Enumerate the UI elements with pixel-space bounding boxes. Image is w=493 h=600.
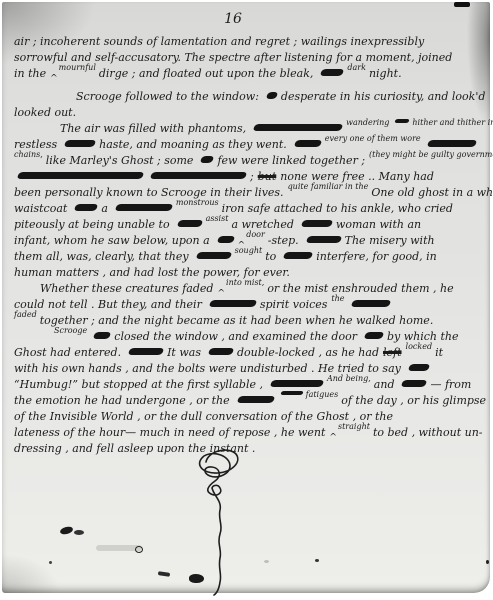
handwritten-text: together ; and the night became as it ha… xyxy=(40,314,434,327)
ink-smudge xyxy=(454,2,470,7)
handwritten-text: Whether these creatures faded xyxy=(40,282,213,295)
inked-out-deletion xyxy=(350,300,391,307)
handwritten-text: in the xyxy=(14,67,46,80)
scanned-manuscript-screenshot: { "page": { "number": "16" }, "colors": … xyxy=(0,0,493,600)
inked-out-deletion xyxy=(150,172,248,179)
handwritten-text: spirit voices xyxy=(260,298,328,311)
interlinear-insertion: dark xyxy=(347,63,366,72)
interlinear-insertion: faded xyxy=(14,310,37,319)
page-number: 16 xyxy=(14,10,452,28)
manuscript-line: in the^mournfuldirge ; and floated out u… xyxy=(14,66,482,82)
manuscript-line: ;butnone were free .. Many had xyxy=(14,169,482,185)
handwritten-text: few were linked together ; xyxy=(217,154,365,167)
inked-out-deletion xyxy=(305,236,342,243)
inked-out-deletion xyxy=(208,348,235,355)
handwritten-text: Ghost had entered. xyxy=(14,346,121,359)
handwritten-text: interfere, for good, in xyxy=(316,250,437,263)
interlinear-insertion: And being, xyxy=(327,374,371,383)
inked-out-deletion xyxy=(17,172,145,179)
manuscript-line: air ; incoherent sounds of lamentation a… xyxy=(14,34,482,50)
insertion-caret: ^ xyxy=(50,74,58,84)
interlinear-insertion: wandering xyxy=(346,118,389,127)
manuscript-line: Whether these creatures faded^into mist,… xyxy=(14,281,482,297)
handwritten-text: haste, and moaning as they went. xyxy=(99,138,287,151)
manuscript-line: the emotion he had undergone , or thefat… xyxy=(14,393,482,409)
manuscript-line: them all, was, clearly, that theysoughtt… xyxy=(14,249,482,265)
ink-speck xyxy=(486,560,489,564)
handwritten-text: or the mist enshrouded them , he xyxy=(267,282,453,295)
manuscript-line: dressing , and fell asleep upon the inst… xyxy=(14,441,482,457)
manuscript-line: with his own hands , and the bolts were … xyxy=(14,361,482,377)
handwritten-text: lateness of the hour— much in need of re… xyxy=(14,426,325,439)
ink-speck xyxy=(74,530,84,535)
handwritten-text: of the day , or his glimpse xyxy=(341,394,486,407)
interlinear-insertion: hither and thither in xyxy=(412,118,493,127)
interlinear-insertion: fatigues xyxy=(306,390,339,399)
interlinear-insertion: (they might be guilty governments) xyxy=(369,150,493,159)
handwritten-text: The air was filled with phantoms, xyxy=(60,122,246,135)
inked-out-deletion xyxy=(253,124,344,131)
handwritten-text: to xyxy=(265,250,276,263)
manuscript-line: could not tell . But they, and theirspir… xyxy=(14,297,482,313)
handwritten-text: The misery with xyxy=(345,234,435,247)
manuscript-line: Scrooge followed to the window:desperate… xyxy=(14,89,482,105)
handwritten-text: to bed , without un- xyxy=(373,426,483,439)
ink-speck xyxy=(135,546,143,553)
ink-speck xyxy=(315,559,319,562)
manuscript-line: been personally known to Scrooge in thei… xyxy=(14,185,482,201)
ink-speck xyxy=(49,561,52,564)
handwritten-text: night. xyxy=(369,67,402,80)
inked-out-deletion xyxy=(93,332,112,339)
handwritten-text: been personally known to Scrooge in thei… xyxy=(14,186,284,199)
inked-out-deletion xyxy=(195,252,232,259)
struck-word: but xyxy=(258,170,277,183)
manuscript-line: of the Invisible World , or the dull con… xyxy=(14,409,482,425)
manuscript-body: air ; incoherent sounds of lamentation a… xyxy=(14,34,482,457)
manuscript-line: Ghost had entered.It wasdouble-locked , … xyxy=(14,345,482,361)
handwritten-text: Scrooge followed to the window: xyxy=(76,90,259,103)
handwritten-text: could not tell . But they, and their xyxy=(14,298,202,311)
inked-out-deletion xyxy=(320,69,345,76)
interlinear-insertion: monstrous xyxy=(176,198,219,207)
inked-out-deletion xyxy=(216,236,235,243)
interlinear-insertion: Scrooge xyxy=(54,326,87,335)
handwritten-text: them all, was, clearly, that they xyxy=(14,250,189,263)
inked-out-deletion xyxy=(176,220,203,227)
handwritten-text: — from xyxy=(430,378,471,391)
inked-out-deletion xyxy=(270,380,325,387)
handwritten-text: It was xyxy=(167,346,201,359)
handwritten-text: and xyxy=(374,378,395,391)
inked-out-deletion xyxy=(426,140,477,147)
inked-out-deletion xyxy=(301,220,334,227)
interlinear-insertion: quite familiar in the xyxy=(288,182,369,191)
handwritten-text: “Humbug!” but stopped at the first sylla… xyxy=(14,378,263,391)
handwritten-text: piteously at being unable to xyxy=(14,218,170,231)
handwritten-text: it xyxy=(435,346,443,359)
handwritten-text: closed the window , and examined the doo… xyxy=(114,330,357,343)
inked-out-deletion xyxy=(283,252,314,259)
handwritten-text: of the Invisible World , or the dull con… xyxy=(14,410,393,423)
handwritten-text: air ; incoherent sounds of lamentation a… xyxy=(14,35,424,48)
inked-out-deletion xyxy=(236,396,275,403)
manuscript-page: 16 air ; incoherent sounds of lamentatio… xyxy=(2,2,490,593)
interlinear-insertion: sought xyxy=(235,246,263,255)
inked-out-deletion-interlinear xyxy=(395,119,410,123)
inked-out-deletion xyxy=(74,204,99,211)
handwritten-text: iron safe attached to his ankle, who cri… xyxy=(222,202,453,215)
handwritten-text: dirge ; and floated out upon the bleak, xyxy=(99,67,314,80)
handwritten-text: like Marley's Ghost ; some xyxy=(46,154,194,167)
manuscript-line: lateness of the hour— much in need of re… xyxy=(14,425,482,441)
struck-word: left xyxy=(383,346,402,359)
handwritten-text: a xyxy=(101,202,108,215)
handwritten-text: One old ghost in a white xyxy=(371,186,493,199)
interlinear-insertion: straight xyxy=(338,422,370,431)
inked-out-deletion xyxy=(128,348,165,355)
inked-out-deletion xyxy=(408,364,431,371)
handwritten-text: infant, whom he saw below, upon a xyxy=(14,234,210,247)
inked-out-deletion xyxy=(401,380,428,387)
inked-out-deletion xyxy=(266,92,279,99)
insertion-caret: ^ xyxy=(217,289,225,299)
interlinear-insertion: mournful xyxy=(59,63,96,72)
manuscript-line: waistcoatamonstrousiron safe attached to… xyxy=(14,201,482,217)
interlinear-insertion: the xyxy=(331,294,344,303)
manuscript-line: “Humbug!” but stopped at the first sylla… xyxy=(14,377,482,393)
inked-out-deletion xyxy=(209,300,258,307)
interlinear-insertion: door xyxy=(246,230,265,239)
handwritten-text: -step. xyxy=(268,234,299,247)
insertion-caret: ^ xyxy=(329,433,337,443)
manuscript-line: chains,like Marley's Ghost ; somefew wer… xyxy=(14,153,482,169)
inked-out-deletion-interlinear xyxy=(280,391,303,395)
interlinear-insertion: every one of them wore xyxy=(325,134,421,143)
inked-out-deletion xyxy=(64,140,97,147)
inked-out-deletion xyxy=(364,332,385,339)
inked-out-deletion xyxy=(293,140,322,147)
handwritten-text: ; xyxy=(250,170,254,183)
interlinear-insertion: locked xyxy=(406,342,433,351)
interlinear-insertion: assist xyxy=(206,214,229,223)
handwritten-text: woman with an xyxy=(336,218,421,231)
handwritten-text: looked out. xyxy=(14,106,76,119)
interlinear-insertion: into mist, xyxy=(226,278,264,287)
handwritten-text: desperate in his curiosity, and look'd xyxy=(281,90,485,103)
handwritten-text: double-locked , as he had xyxy=(237,346,379,359)
ink-blot xyxy=(189,574,204,583)
handwritten-text: the emotion he had undergone , or the xyxy=(14,394,230,407)
ink-speck xyxy=(264,560,269,563)
inked-out-deletion xyxy=(200,156,215,163)
handwritten-text: waistcoat xyxy=(14,202,67,215)
inked-out-deletion xyxy=(115,204,174,211)
interlinear-insertion: chains, xyxy=(14,150,43,159)
